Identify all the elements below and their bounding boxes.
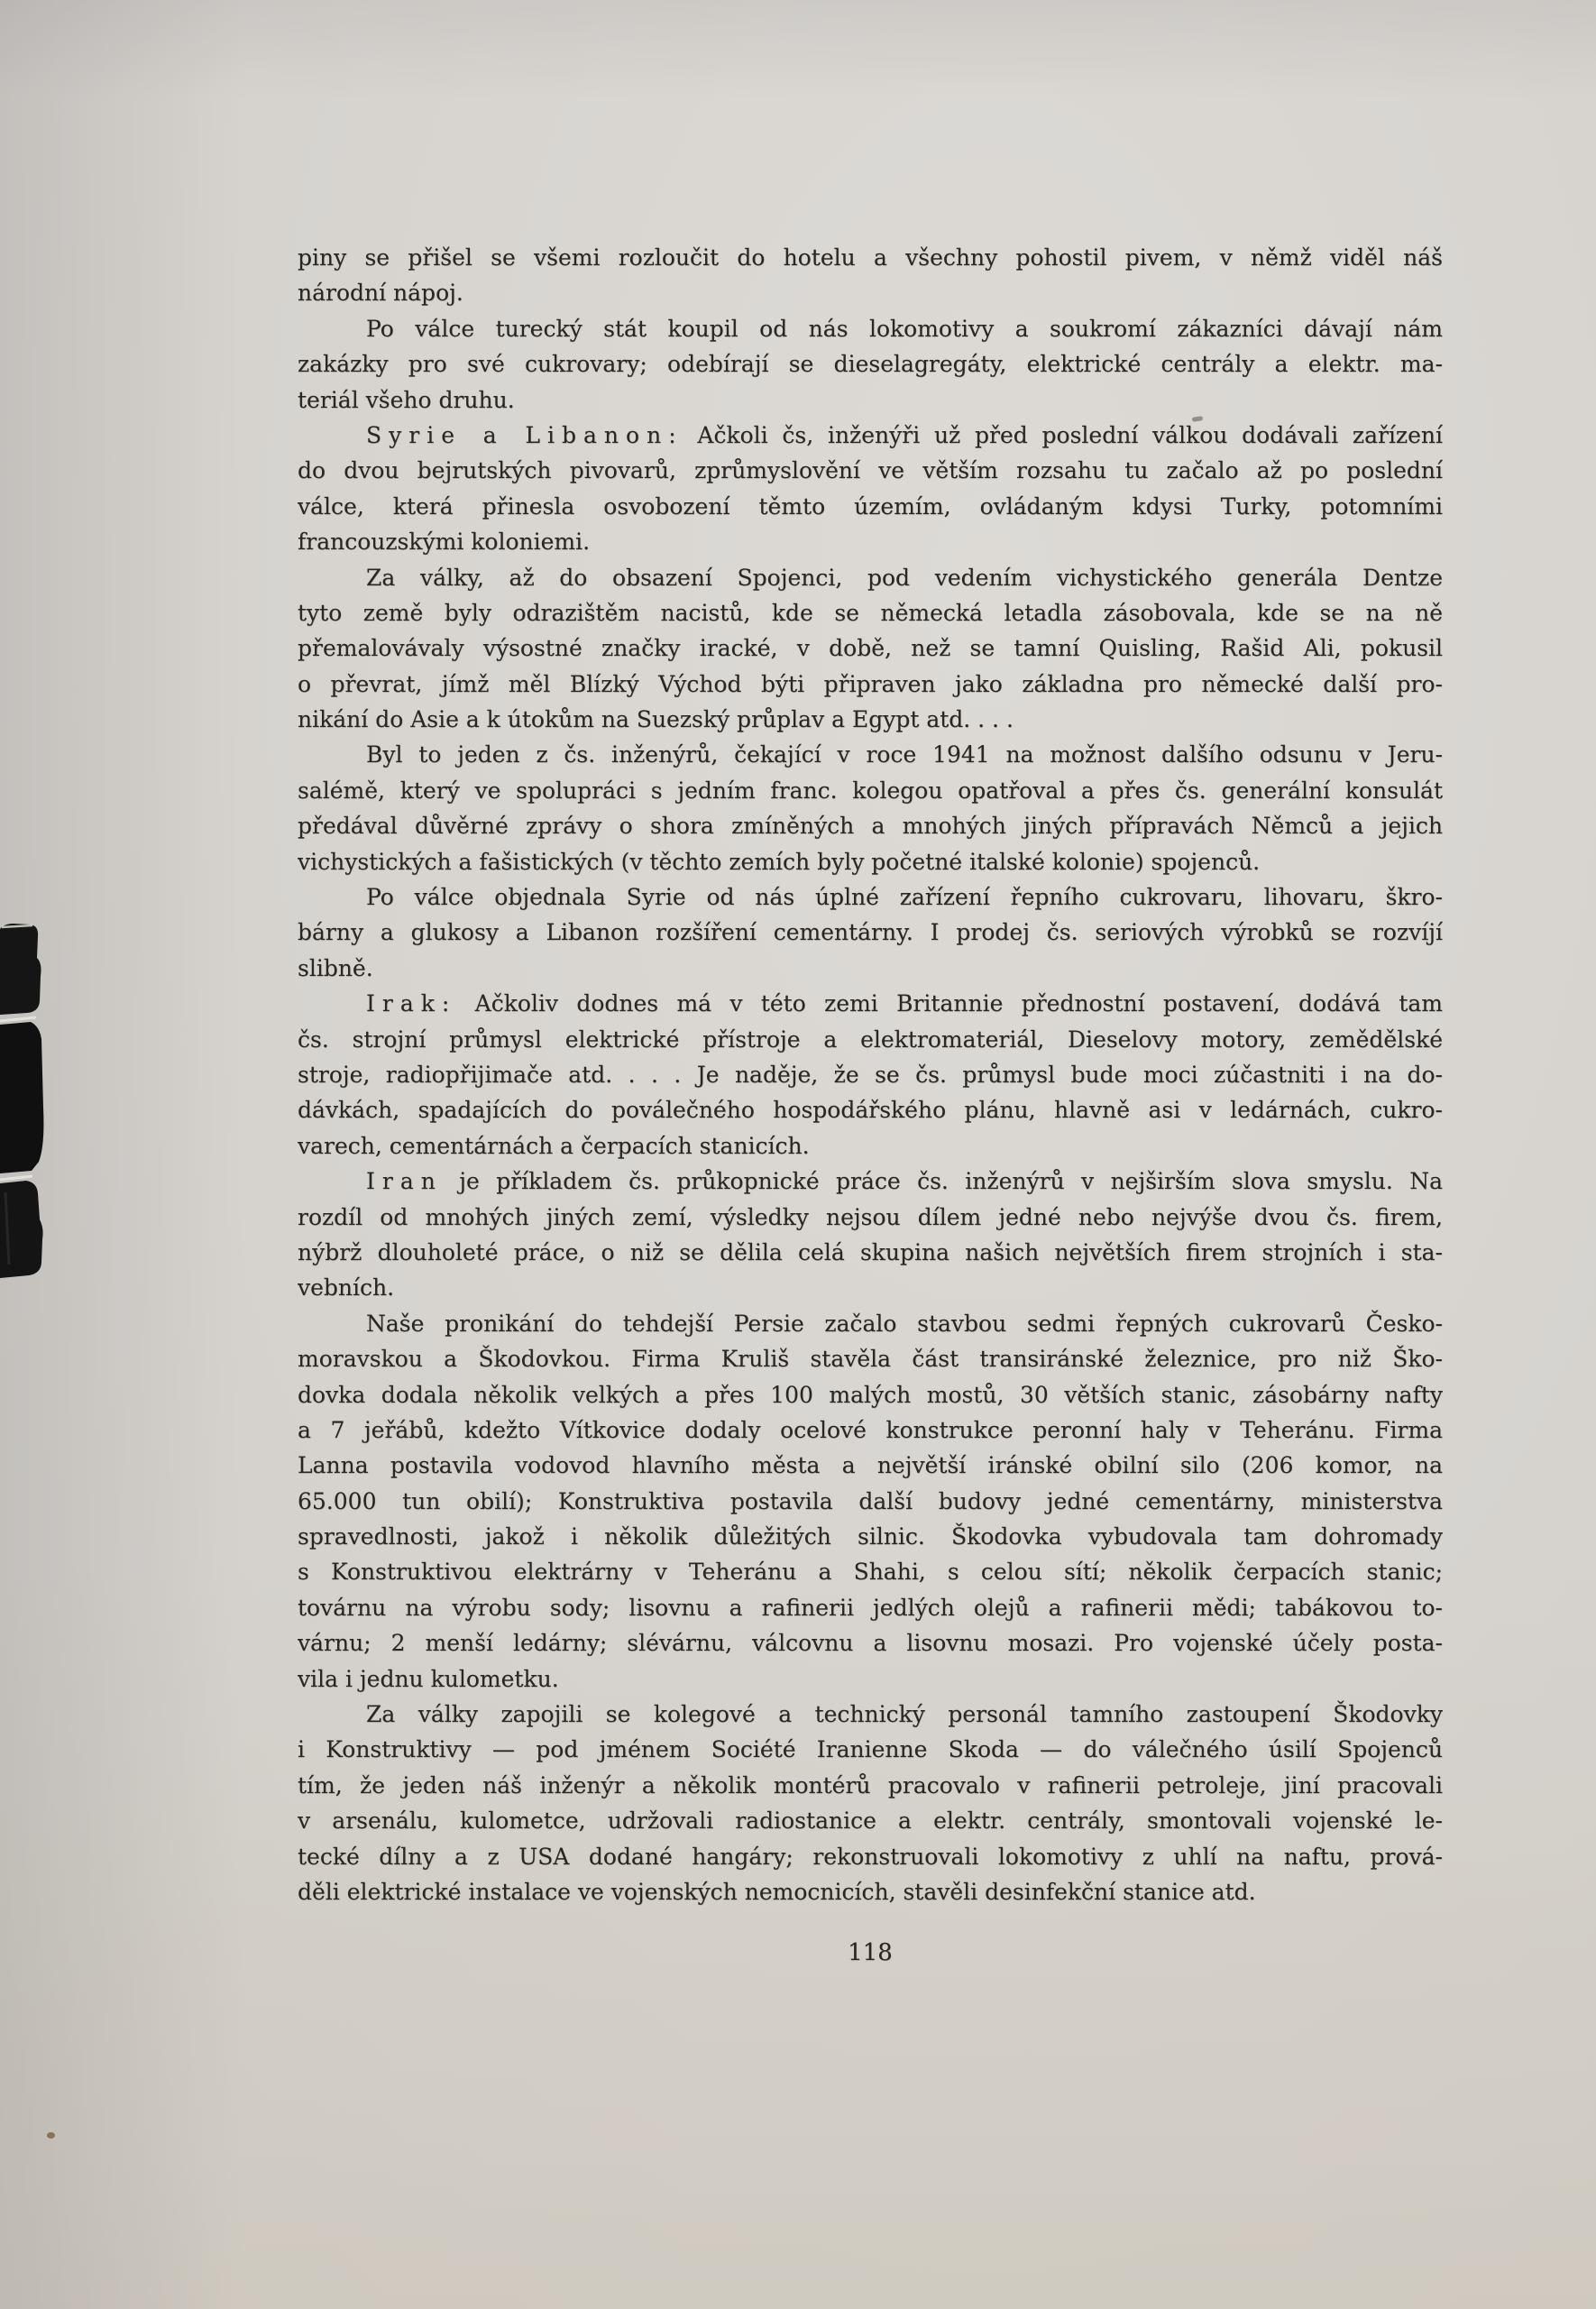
text-line: Po válce turecký stát koupil od nás loko… [298,311,1443,346]
binder-clip-icon [0,922,54,1284]
text-line: nikání do Asie a k útokům na Suezský prů… [298,702,1443,737]
text-line: Naše pronikání do tehdejší Persie začalo… [298,1306,1443,1341]
text-line: tím, že jeden náš inženýr a několik mont… [298,1768,1443,1803]
text-line: děli elektrické instalace ve vojenských … [298,1874,1443,1909]
page-number: 118 [298,1939,1443,1966]
text-line: 65.000 tun obilí); Konstruktiva postavil… [298,1484,1443,1519]
text-line: Syrie a Libanon: Ačkoli čs, inženýři už … [298,418,1443,453]
text-line: Byl to jeden z čs. inženýrů, čekající v … [298,737,1443,772]
text-line: rozdíl od mnohých jiných zemí, výsledky … [298,1200,1443,1235]
text-line: vila i jednu kulometku. [298,1661,1443,1697]
text-line: francouzskými koloniemi. [298,524,1443,559]
text-line: národní nápoj. [298,275,1443,310]
text-line: válce, která přinesla osvobození těmto ú… [298,489,1443,524]
text-line: o převrat, jímž měl Blízký Východ býti p… [298,667,1443,702]
text-line: varech, cementárnách a čerpacích stanicí… [298,1128,1443,1164]
text-line: Irak: Ačkoliv dodnes má v této zemi Brit… [298,986,1443,1021]
text-line: a 7 jeřábů, kdežto Vítkovice dodaly ocel… [298,1412,1443,1448]
text-line: do dvou bejrutských pivovarů, zprůmyslov… [298,453,1443,488]
text-line: dávkách, spadajících do poválečného hosp… [298,1092,1443,1127]
text-line: teriál všeho druhu. [298,382,1443,418]
text-line: zakázky pro své cukrovary; odebírají se … [298,346,1443,382]
text-line: moravskou a Škodovkou. Firma Kruliš stav… [298,1341,1443,1376]
text-line: s Konstruktivou elektrárny v Teheránu a … [298,1554,1443,1589]
letterspaced-heading: Iran [366,1168,443,1194]
text-line: i Konstruktivy — pod jménem Société Iran… [298,1732,1443,1767]
text-line: tecké dílny a z USA dodané hangáry; reko… [298,1839,1443,1874]
text-line: dovka dodala několik velkých a přes 100 … [298,1377,1443,1412]
text-line: salémě, který ve spolupráci s jedním fra… [298,773,1443,808]
text-line: piny se přišel se všemi rozloučit do hot… [298,240,1443,275]
text-line: spravedlnosti, jakož i několik důležitýc… [298,1519,1443,1554]
text-line: Lanna postavila vodovod hlavního města a… [298,1448,1443,1483]
text-line: továrnu na výrobu sody; lisovnu a rafine… [298,1590,1443,1625]
text-line: tyto země byly odrazištěm nacistů, kde s… [298,595,1443,630]
letterspaced-heading: Irak: [366,990,456,1017]
text-line: Za války, až do obsazení Spojenci, pod v… [298,560,1443,595]
text-line: stroje, radiopřijimače atd. . . . Je nad… [298,1057,1443,1092]
text-line: bárny a glukosy a Libanon rozšíření ceme… [298,915,1443,950]
book-page-photo: { "page": { "number": "118" }, "colors":… [0,0,1596,2309]
text-line: nýbrž dlouholeté práce, o niž se dělila … [298,1235,1443,1270]
text-line: vebních. [298,1270,1443,1305]
text-line: slibně. [298,951,1443,986]
paper-speck [47,2132,55,2139]
text-line: Iran je příkladem čs. průkopnické práce … [298,1164,1443,1199]
text-line: v arsenálu, kulometce, udržovali radiost… [298,1803,1443,1838]
text-line: vichystických a fašistických (v těchto z… [298,844,1443,879]
text-line: čs. strojní průmysl elektrické přístroje… [298,1022,1443,1057]
text-line: Za války zapojili se kolegové a technick… [298,1697,1443,1732]
text-line: přemalovávaly výsostné značky iracké, v … [298,630,1443,666]
text-line: várnu; 2 menší ledárny; slévárnu, válcov… [298,1625,1443,1660]
text-line: Po válce objednala Syrie od nás úplné za… [298,879,1443,915]
text-line: předával důvěrné zprávy o shora zmíněnýc… [298,808,1443,843]
text-block: piny se přišel se všemi rozloučit do hot… [298,240,1443,1909]
letterspaced-heading: Syrie a Libanon: [366,422,683,448]
